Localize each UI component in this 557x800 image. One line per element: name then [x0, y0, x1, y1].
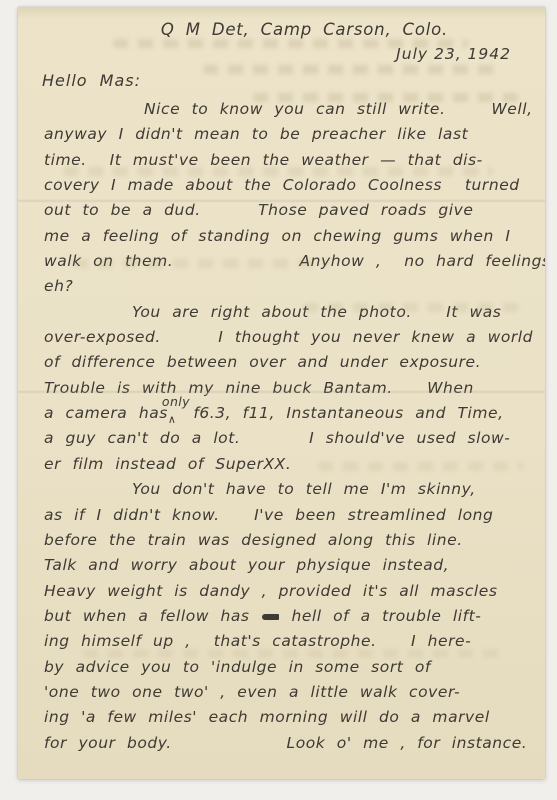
letter-line: for your body. Look o' me , for instance… [44, 731, 533, 756]
handwritten-text: a guy can't do a lot. I should've used s… [44, 429, 510, 447]
handwritten-text: ing 'a few miles' each morning will do a… [44, 708, 490, 726]
letter-line: ing 'a few miles' each morning will do a… [44, 705, 533, 730]
letter-line: er film instead of SuperXX. [44, 452, 533, 477]
handwritten-text: out to be a dud. Those paved roads give [44, 201, 473, 219]
handwritten-text: Heavy weight is dandy , provided it's al… [44, 582, 497, 600]
handwritten-text: but when a fellow has [44, 607, 261, 625]
handwritten-text: er film instead of SuperXX. [44, 455, 291, 473]
letter-salutation: Hello Mas: [18, 71, 545, 97]
letter-line: a camera hasonly∧ f6.3, f11, Instantaneo… [44, 401, 533, 426]
handwritten-text: eh? [44, 277, 73, 295]
letter-line: out to be a dud. Those paved roads give [44, 198, 533, 223]
letter-line: You are right about the photo. It was [44, 300, 533, 325]
handwritten-text: hell of a trouble lift- [280, 607, 481, 625]
handwritten-text: Nice to know you can still write. Well, [144, 100, 533, 118]
caret-insertion-icon: ∧ [168, 407, 177, 432]
handwritten-text: Talk and worry about your physique inste… [44, 556, 449, 574]
letter-line: me a feeling of standing on chewing gums… [44, 224, 533, 249]
photo-background: Q M Det, Camp Carson, Colo. July 23, 194… [0, 0, 557, 800]
letter-line: eh? [44, 274, 533, 299]
letter-line: You don't have to tell me I'm skinny, [44, 477, 533, 502]
letter-line: walk on them. Anyhow , no hard feelings, [44, 249, 533, 274]
handwritten-text: me a feeling of standing on chewing gums… [44, 227, 510, 245]
handwritten-text: by advice you to 'indulge in some sort o… [44, 658, 431, 676]
handwritten-text: over-exposed. I thought you never knew a… [44, 328, 533, 346]
handwritten-text: 'one two one two' , even a little walk c… [44, 683, 460, 701]
handwritten-text: a camera has [44, 404, 168, 422]
handwritten-text: before the train was designed along this… [44, 531, 463, 549]
handwritten-text: for your body. Look o' me , for instance… [44, 734, 527, 752]
handwritten-text: covery I made about the Colorado Coolnes… [44, 176, 520, 194]
letter-date: July 23, 1942 [18, 45, 545, 70]
letter-heading: Q M Det, Camp Carson, Colo. [18, 20, 545, 44]
handwritten-text: anyway I didn't mean to be preacher like… [44, 125, 468, 143]
letter-body: Nice to know you can still write. Well,a… [18, 97, 545, 756]
handwritten-text: Trouble is with my nine buck Bantam. Whe… [44, 379, 474, 397]
letter-line: Trouble is with my nine buck Bantam. Whe… [44, 376, 533, 401]
crossed-out-word [262, 614, 279, 620]
letter-line: 'one two one two' , even a little walk c… [44, 680, 533, 705]
letter-line: before the train was designed along this… [44, 528, 533, 553]
handwritten-text: as if I didn't know. I've been streamlin… [44, 506, 493, 524]
letter-line: Heavy weight is dandy , provided it's al… [44, 579, 533, 604]
letter-line: by advice you to 'indulge in some sort o… [44, 655, 533, 680]
letter-line: Nice to know you can still write. Well, [44, 97, 533, 122]
letter-line: anyway I didn't mean to be preacher like… [44, 122, 533, 147]
letter-line: but when a fellow has hell of a trouble … [44, 604, 533, 629]
handwritten-text: ing himself up , that's catastrophe. I h… [44, 632, 471, 650]
letter-line: ing himself up , that's catastrophe. I h… [44, 629, 533, 654]
handwritten-text: time. It must've been the weather — that… [44, 151, 483, 169]
letter-line: covery I made about the Colorado Coolnes… [44, 173, 533, 198]
handwritten-text: You are right about the photo. It was [132, 303, 501, 321]
handwritten-text: of difference between over and under exp… [44, 353, 481, 371]
letter-line: over-exposed. I thought you never knew a… [44, 325, 533, 350]
handwritten-text: walk on them. Anyhow , no hard feelings, [44, 252, 545, 270]
letter-line: of difference between over and under exp… [44, 350, 533, 375]
inserted-word-above-caret: only∧ [168, 403, 182, 421]
handwritten-text: You don't have to tell me I'm skinny, [132, 480, 476, 498]
letter-line: Talk and worry about your physique inste… [44, 553, 533, 578]
letter-paper: Q M Det, Camp Carson, Colo. July 23, 194… [18, 7, 545, 779]
letter-line: a guy can't do a lot. I should've used s… [44, 426, 533, 451]
handwritten-text: f6.3, f11, Instantaneous and Time, [182, 404, 504, 422]
letter-line: time. It must've been the weather — that… [44, 148, 533, 173]
letter-line: as if I didn't know. I've been streamlin… [44, 503, 533, 528]
